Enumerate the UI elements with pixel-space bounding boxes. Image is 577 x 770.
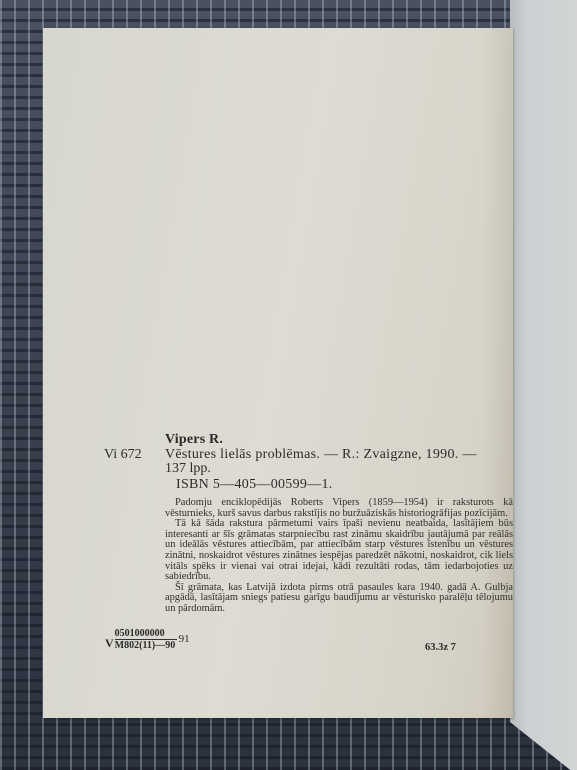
publishing-code: V 0501000000 M802(11)—90 91	[105, 628, 190, 652]
isbn-number: ISBN 5—405—00599—1.	[176, 477, 333, 493]
publishing-code-fraction: 0501000000 M802(11)—90	[115, 628, 177, 652]
publishing-code-prefix: V	[105, 636, 114, 651]
book-page: Vipers R. Vi 672 Vēstures lielās problēm…	[43, 28, 513, 718]
page-count: 137 lpp.	[165, 461, 211, 477]
author-name: Vipers R.	[165, 432, 223, 448]
publishing-code-suffix: 91	[179, 633, 190, 645]
classification-mark: Vi 672	[104, 447, 142, 463]
annotation-paragraph: Tā kā šāda rakstura pārmetumi vairs īpaš…	[165, 519, 513, 583]
book-title-imprint: Vēstures lielās problēmas. — R.: Zvaigzn…	[165, 447, 477, 463]
publishing-code-numerator: 0501000000	[115, 628, 177, 640]
annotation-paragraph: Šī grāmata, kas Latvijā izdota pirms otr…	[165, 583, 513, 615]
book-cover-edge	[510, 0, 577, 770]
library-classification-code: 63.3z 7	[425, 642, 456, 653]
publishing-code-denominator: M802(11)—90	[115, 640, 177, 652]
annotation-paragraph: Padomju enciklopēdijās Roberts Vipers (1…	[165, 498, 513, 519]
annotation-text: Padomju enciklopēdijās Roberts Vipers (1…	[165, 498, 513, 615]
